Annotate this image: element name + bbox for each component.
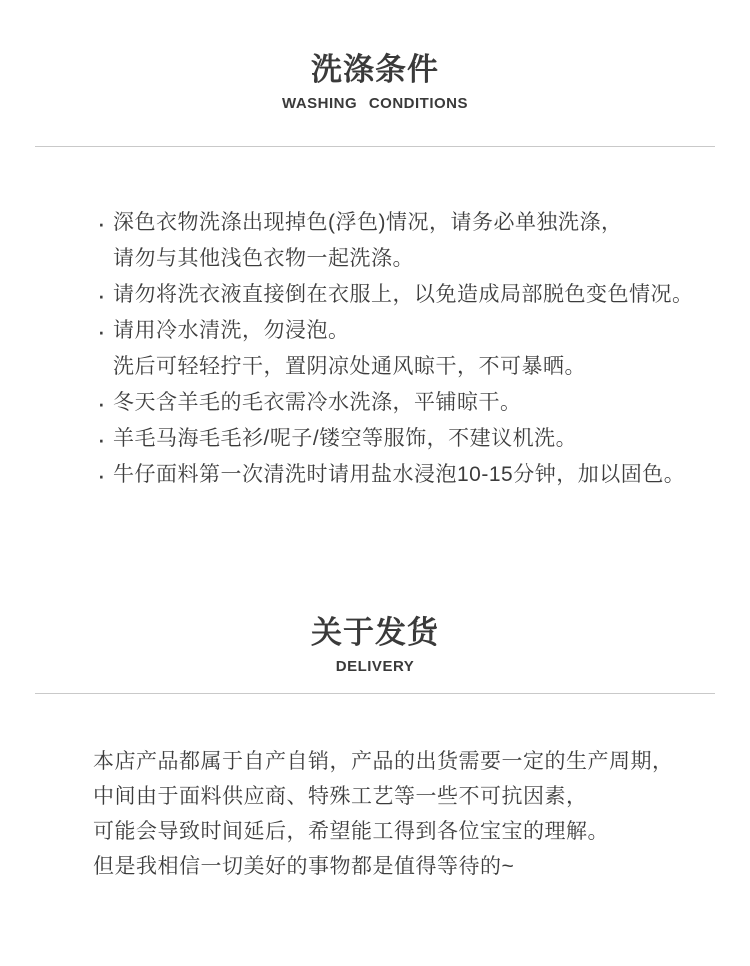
list-item: · 冬天含羊毛的毛衣需冷水洗涤，平铺晾干。 <box>97 385 710 421</box>
list-item-text: 羊毛马海毛毛衫/呢子/镂空等服饰，不建议机洗。 <box>113 421 710 457</box>
delivery-section: 关于发货 DELIVERY 本店产品都属于自产自销，产品的出货需要一定的生产周期… <box>0 611 750 884</box>
list-item-line: 冬天含羊毛的毛衣需冷水洗涤，平铺晾干。 <box>113 385 710 421</box>
delivery-notice-line: 本店产品都属于自产自销，产品的出货需要一定的生产周期， <box>93 744 710 779</box>
list-item-line: 请用冷水清洗，勿浸泡。 <box>113 313 710 349</box>
washing-conditions-section: 洗涤条件 WASHING CONDITIONS · 深色衣物洗涤出现掉色(浮色)… <box>0 0 750 493</box>
delivery-notice-line: 中间由于面料供应商、特殊工艺等一些不可抗因素， <box>93 779 710 814</box>
list-item-text: 牛仔面料第一次清洗时请用盐水浸泡10-15分钟，加以固色。 <box>113 457 710 493</box>
bullet-icon: · <box>97 313 113 349</box>
bullet-icon: · <box>97 421 113 457</box>
bullet-icon: · <box>97 205 113 241</box>
washing-section-subtitle: WASHING CONDITIONS <box>0 94 750 114</box>
delivery-notice-line: 可能会导致时间延后，希望能工得到各位宝宝的理解。 <box>93 814 710 849</box>
washing-section-header: 洗涤条件 WASHING CONDITIONS <box>0 48 750 114</box>
washing-section-title: 洗涤条件 <box>0 48 750 92</box>
list-item-line: 请勿将洗衣液直接倒在衣服上，以免造成局部脱色变色情况。 <box>113 277 710 313</box>
list-item: · 羊毛马海毛毛衫/呢子/镂空等服饰，不建议机洗。 <box>97 421 710 457</box>
delivery-section-title: 关于发货 <box>0 611 750 655</box>
delivery-section-header: 关于发货 DELIVERY <box>0 611 750 677</box>
list-item: · 请勿将洗衣液直接倒在衣服上，以免造成局部脱色变色情况。 <box>97 277 710 313</box>
list-item-line: 羊毛马海毛毛衫/呢子/镂空等服饰，不建议机洗。 <box>113 421 710 457</box>
list-item-text: 请用冷水清洗，勿浸泡。 洗后可轻轻拧干，置阴凉处通风晾干，不可暴晒。 <box>113 313 710 385</box>
washing-instructions-list: · 深色衣物洗涤出现掉色(浮色)情况，请务必单独洗涤， 请勿与其他浅色衣物一起洗… <box>0 205 750 493</box>
washing-section-divider <box>35 146 715 147</box>
bullet-icon: · <box>97 385 113 421</box>
list-item: · 牛仔面料第一次清洗时请用盐水浸泡10-15分钟，加以固色。 <box>97 457 710 493</box>
list-item: · 深色衣物洗涤出现掉色(浮色)情况，请务必单独洗涤， 请勿与其他浅色衣物一起洗… <box>97 205 710 277</box>
list-item-line: 洗后可轻轻拧干，置阴凉处通风晾干，不可暴晒。 <box>113 349 710 385</box>
delivery-section-divider <box>35 693 715 694</box>
product-care-page: 洗涤条件 WASHING CONDITIONS · 深色衣物洗涤出现掉色(浮色)… <box>0 0 750 966</box>
list-item: · 请用冷水清洗，勿浸泡。 洗后可轻轻拧干，置阴凉处通风晾干，不可暴晒。 <box>97 313 710 385</box>
list-item-line: 深色衣物洗涤出现掉色(浮色)情况，请务必单独洗涤， <box>113 205 710 241</box>
delivery-notice-line: 但是我相信一切美好的事物都是值得等待的~ <box>93 849 710 884</box>
list-item-line: 牛仔面料第一次清洗时请用盐水浸泡10-15分钟，加以固色。 <box>113 457 710 493</box>
list-item-line: 请勿与其他浅色衣物一起洗涤。 <box>113 241 710 277</box>
delivery-notice-text: 本店产品都属于自产自销，产品的出货需要一定的生产周期， 中间由于面料供应商、特殊… <box>0 744 750 884</box>
bullet-icon: · <box>97 457 113 493</box>
list-item-text: 深色衣物洗涤出现掉色(浮色)情况，请务必单独洗涤， 请勿与其他浅色衣物一起洗涤。 <box>113 205 710 277</box>
delivery-section-subtitle: DELIVERY <box>0 657 750 677</box>
list-item-text: 冬天含羊毛的毛衣需冷水洗涤，平铺晾干。 <box>113 385 710 421</box>
list-item-text: 请勿将洗衣液直接倒在衣服上，以免造成局部脱色变色情况。 <box>113 277 710 313</box>
bullet-icon: · <box>97 277 113 313</box>
